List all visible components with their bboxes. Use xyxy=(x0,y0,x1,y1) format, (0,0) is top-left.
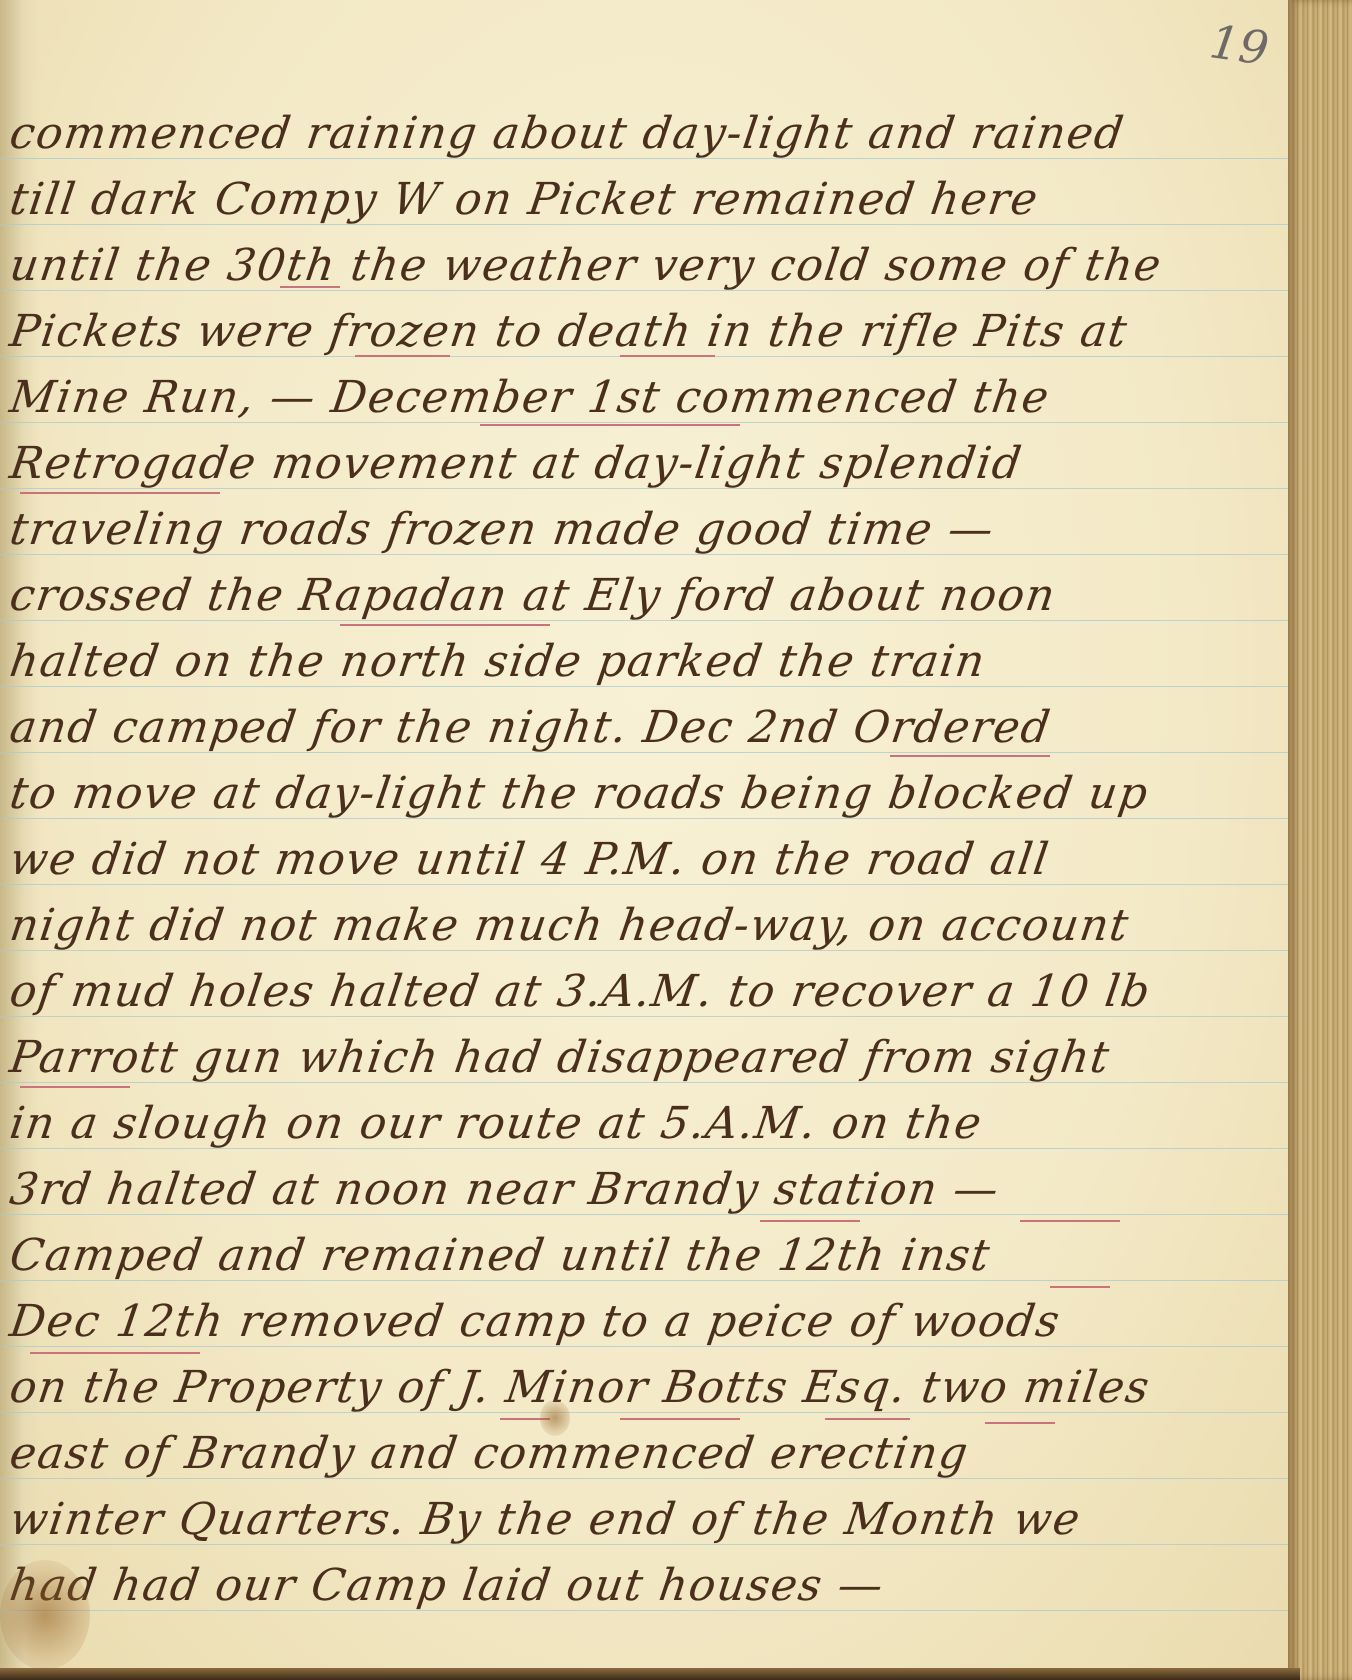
red-underline-mark xyxy=(30,1352,200,1354)
handwritten-line: Mine Run, — December 1st commenced the xyxy=(6,368,1290,428)
handwritten-line: night did not make much head-way, on acc… xyxy=(6,896,1290,956)
diary-page: 19 commenced raining about day-light and… xyxy=(0,0,1290,1672)
red-underline-mark xyxy=(355,355,450,357)
handwritten-line: we did not move until 4 P.M. on the road… xyxy=(6,830,1290,890)
handwritten-line: until the 30th the weather very cold som… xyxy=(6,236,1290,296)
red-underline-mark xyxy=(480,424,740,426)
handwritten-line: east of Brandy and commenced erecting xyxy=(6,1424,1290,1484)
red-underline-mark xyxy=(890,755,1050,757)
handwritten-line: till dark Compy W on Picket remained her… xyxy=(6,170,1290,230)
handwritten-line: Pickets were frozen to death in the rifl… xyxy=(6,302,1290,362)
handwritten-line: on the Property of J. Minor Botts Esq. t… xyxy=(6,1358,1290,1418)
red-underline-mark xyxy=(1020,1220,1120,1222)
handwritten-line: winter Quarters. By the end of the Month… xyxy=(6,1490,1290,1550)
handwritten-line: in a slough on our route at 5.A.M. on th… xyxy=(6,1094,1290,1154)
handwritten-line: crossed the Rapadan at Ely ford about no… xyxy=(6,566,1290,626)
handwritten-line: Camped and remained until the 12th inst xyxy=(6,1226,1290,1286)
red-underline-mark xyxy=(340,624,550,626)
red-underline-mark xyxy=(985,1422,1055,1424)
handwritten-line: to move at day-light the roads being blo… xyxy=(6,764,1290,824)
red-underline-mark xyxy=(620,355,715,357)
handwritten-line: of mud holes halted at 3.A.M. to recover… xyxy=(6,962,1290,1022)
red-underline-mark xyxy=(1050,1286,1110,1288)
diary-page-scan: 19 commenced raining about day-light and… xyxy=(0,0,1352,1680)
handwritten-line: Dec 12th removed camp to a peice of wood… xyxy=(6,1292,1290,1352)
book-bottom-edge xyxy=(0,1668,1300,1680)
handwritten-line: 3rd halted at noon near Brandy station — xyxy=(6,1160,1290,1220)
handwritten-line: Parrott gun which had disappeared from s… xyxy=(6,1028,1290,1088)
red-underline-mark xyxy=(620,1418,740,1420)
ink-stain xyxy=(540,1400,570,1436)
red-underline-mark xyxy=(825,1418,910,1420)
handwritten-line: traveling roads frozen made good time — xyxy=(6,500,1290,560)
red-underline-mark xyxy=(20,1086,130,1088)
handwritten-line: halted on the north side parked the trai… xyxy=(6,632,1290,692)
red-underline-mark xyxy=(760,1220,860,1222)
water-stain xyxy=(0,1560,90,1670)
handwritten-line: commenced raining about day-light and ra… xyxy=(6,104,1290,164)
handwritten-line: had had our Camp laid out houses — xyxy=(6,1556,1290,1616)
book-page-edges xyxy=(1288,0,1352,1680)
red-underline-mark xyxy=(20,492,220,494)
handwritten-line: and camped for the night. Dec 2nd Ordere… xyxy=(6,698,1290,758)
handwritten-line: Retrogade movement at day-light splendid xyxy=(6,434,1290,494)
red-underline-mark xyxy=(280,286,340,288)
page-number: 19 xyxy=(1207,14,1272,76)
